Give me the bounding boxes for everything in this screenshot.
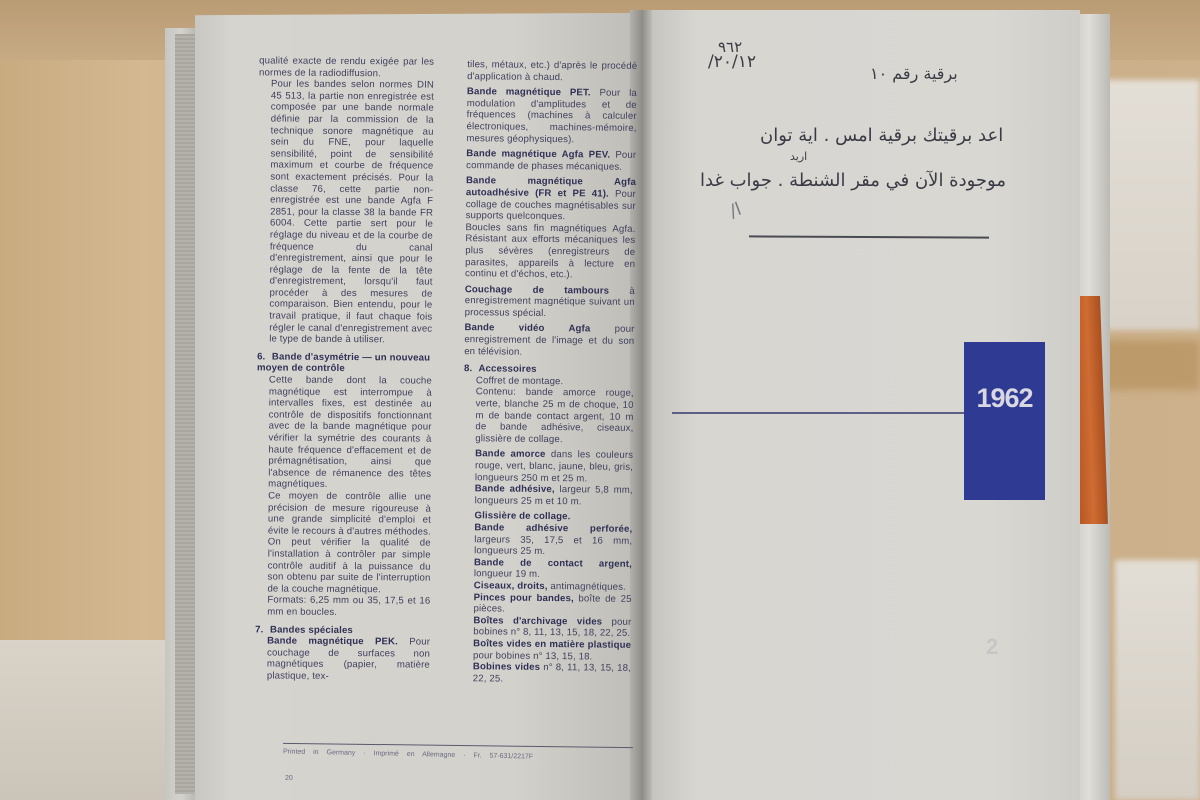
list-item: Boîtes d'archivage vides pour bobines n°… xyxy=(461,615,631,640)
background-paper-2 xyxy=(1115,560,1200,800)
paragraph: Cette bande dont la couche magnétique es… xyxy=(256,374,432,491)
paragraph: tiles, métaux, etc.) d'après le procédé … xyxy=(467,59,637,84)
paragraph: Ce moyen de contrôle allie une précision… xyxy=(255,490,431,596)
paragraph: Formats: 6,25 mm ou 35, 17,5 et 16 mm en… xyxy=(255,595,430,619)
list-item: Bande vidéo Agfa pour enregistrement de … xyxy=(464,323,634,360)
paragraph: qualité exacte de rendu exigée par les n… xyxy=(259,55,434,79)
list-item: Couchage de tambours à enregistrement ma… xyxy=(465,284,635,321)
paragraph: Pour les bandes selon normes DIN 45 513,… xyxy=(257,79,434,347)
list-item: Bande de contact argent, longueur 19 m. xyxy=(462,557,632,582)
list-item: Bande magnétique Agfa autoadhésive (FR e… xyxy=(466,175,636,223)
paragraph: Bande magnétique PEK. Pour couchage de s… xyxy=(255,635,430,683)
list-item: Bande amorce dans les couleurs rouge, ve… xyxy=(463,449,633,486)
list-item: Boucles sans fin magnétiques Agfa. Résis… xyxy=(465,222,636,282)
year-label: 1962 xyxy=(964,383,1045,414)
show-through-text: 2 xyxy=(986,634,998,660)
left-page-column-1: qualité exacte de rendu exigée par les n… xyxy=(255,55,434,683)
handwritten-insertion: اريد xyxy=(790,150,807,163)
list-item: Bande adhésive perforée, largeurs 35, 17… xyxy=(462,522,632,559)
handwritten-line-2: موجودة الآن في مقر الشنطة . جواب غدا xyxy=(700,170,1006,191)
list-item: Bobines vides n° 8, 11, 13, 15, 18, 22, … xyxy=(461,661,631,686)
handwritten-line-1: اعد برقيتك برقية امس . اية توان xyxy=(760,125,1003,146)
list-item: Pinces pour bandes, boîte de 25 pièces. xyxy=(461,592,631,617)
list-item: Bande adhésive, largeur 5,8 mm, longueur… xyxy=(463,483,633,508)
timeline-line xyxy=(672,412,964,414)
list-item: Boîtes vides en matière plastique pour b… xyxy=(461,638,631,663)
left-page-column-2: tiles, métaux, etc.) d'après le procédé … xyxy=(461,59,638,686)
section-6-heading: 6. Bande d'asymétrie — un nouveau moyen … xyxy=(257,351,432,375)
year-badge: 1962 xyxy=(964,342,1045,500)
list-item: Bande magnétique Agfa PEV. Pour commande… xyxy=(466,148,636,173)
list-item: Bande magnétique PET. Pour la modulation… xyxy=(466,86,637,146)
paragraph: Contenu: bande amorce rouge, verte, blan… xyxy=(463,387,634,447)
handwritten-date: ٢٠/١٢/ xyxy=(708,52,756,72)
page-number: 20 xyxy=(285,775,293,782)
handwritten-reference: برقية رقم ١٠ xyxy=(870,64,958,83)
